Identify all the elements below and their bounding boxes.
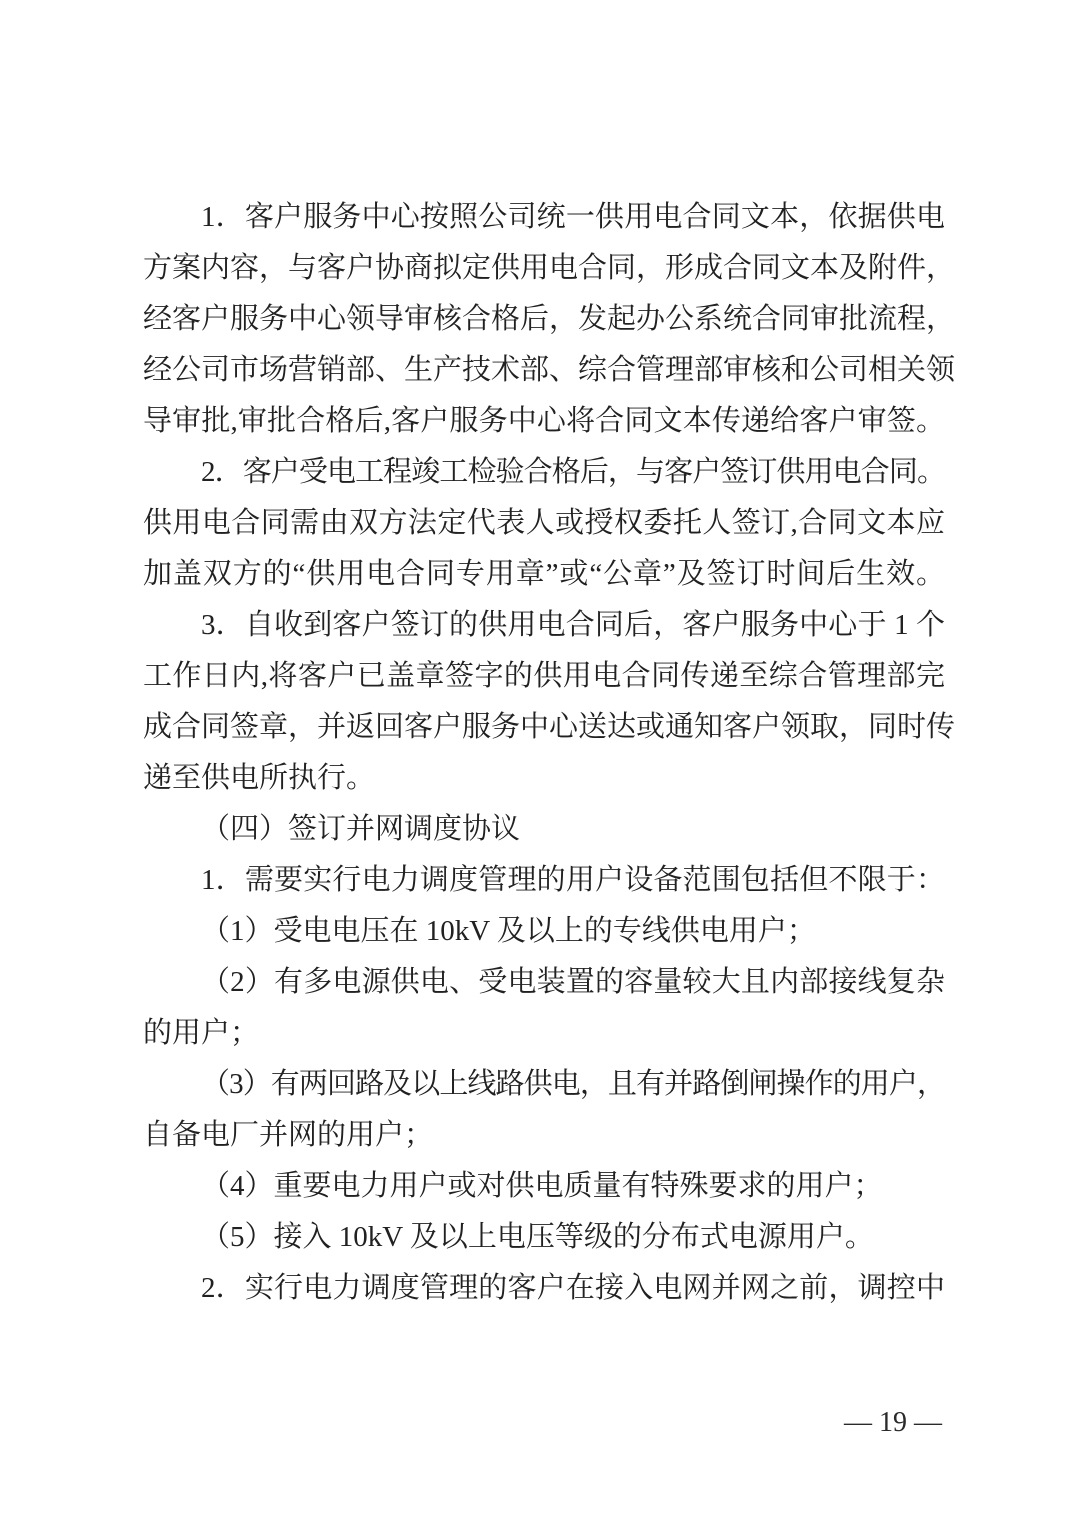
text-line: 加盖双方的“供用电合同专用章”或“公章”及签订时间后生效。	[143, 549, 945, 600]
text-line: 1．客户服务中心按照公司统一供用电合同文本，依据供电	[143, 192, 945, 243]
text-line: （1）受电电压在 10kV 及以上的专线供电用户；	[143, 906, 945, 957]
text-line: （四）签订并网调度协议	[143, 804, 945, 855]
text-line: 2．客户受电工程竣工检验合格后，与客户签订供用电合同。	[143, 447, 945, 498]
text-line: 供用电合同需由双方法定代表人或授权委托人签订,合同文本应	[143, 498, 945, 549]
text-line: 工作日内,将客户已盖章签字的供用电合同传递至综合管理部完	[143, 651, 945, 702]
text-line: （5）接入 10kV 及以上电压等级的分布式电源用户。	[143, 1212, 945, 1263]
text-line: 2．实行电力调度管理的客户在接入电网并网之前，调控中	[143, 1263, 945, 1314]
text-line: 成合同签章，并返回客户服务中心送达或通知客户领取，同时传	[143, 702, 945, 753]
text-line: （2）有多电源供电、受电装置的容量较大且内部接线复杂	[143, 957, 945, 1008]
text-line: 自备电厂并网的用户；	[143, 1110, 945, 1161]
text-line: 经客户服务中心领导审核合格后，发起办公系统合同审批流程，	[143, 294, 945, 345]
text-line: 3．自收到客户签订的供用电合同后，客户服务中心于 1 个	[143, 600, 945, 651]
text-line: 1．需要实行电力调度管理的用户设备范围包括但不限于：	[143, 855, 945, 906]
text-line: 方案内容，与客户协商拟定供用电合同，形成合同文本及附件，	[143, 243, 945, 294]
document-page: 1．客户服务中心按照公司统一供用电合同文本，依据供电方案内容，与客户协商拟定供用…	[0, 0, 1074, 1520]
text-line: 经公司市场营销部、生产技术部、综合管理部审核和公司相关领	[143, 345, 945, 396]
page-number: — 19 —	[844, 1406, 942, 1440]
body-text: 1．客户服务中心按照公司统一供用电合同文本，依据供电方案内容，与客户协商拟定供用…	[143, 192, 945, 1314]
text-line: 导审批,审批合格后,客户服务中心将合同文本传递给客户审签。	[143, 396, 945, 447]
text-line: （4）重要电力用户或对供电质量有特殊要求的用户；	[143, 1161, 945, 1212]
text-line: （3）有两回路及以上线路供电，且有并路倒闸操作的用户，	[143, 1059, 945, 1110]
text-line: 递至供电所执行。	[143, 753, 945, 804]
text-line: 的用户；	[143, 1008, 945, 1059]
